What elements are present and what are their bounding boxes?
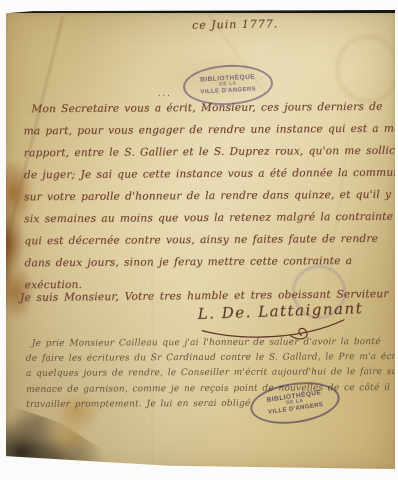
letter-line: dans deux jours, sinon je feray mettre c… (24, 250, 386, 275)
letter-line: rapport, entre le S. Gallier et le S. Du… (24, 140, 386, 165)
stamp-text-line3: VILLE D'ANGERS (200, 86, 256, 96)
letter-line: qui est décernée contre vous, ainsy ne f… (24, 228, 386, 253)
letter-line: sur votre parolle d'honneur de la rendre… (24, 184, 386, 209)
letter-body: Mon Secretaire vous a écrit, Monsieur, c… (23, 96, 386, 297)
scanned-letter-page: { "letter": { "date_line": "ce Juin 1777… (0, 0, 398, 480)
signature-block: L. De. Lattaignant (197, 298, 364, 345)
handwritten-date: ce Juin 1777. (192, 17, 278, 32)
letter-line: de juger; Je sai que cette instance vous… (24, 162, 386, 187)
manuscript-paper: ce Juin 1777. ... BIBLIOTHÈQUE DE LA VIL… (6, 10, 395, 469)
stamp-text-line2: DE LA (219, 82, 237, 88)
ring-stain-top-right (336, 35, 398, 103)
postscript-line: a quelques jours de rendre, le Conseille… (26, 365, 391, 382)
letter-line: ma part, pour vous engager de rendre une… (23, 118, 385, 143)
letter-line: six semaines au moins que vous la retene… (24, 206, 386, 231)
